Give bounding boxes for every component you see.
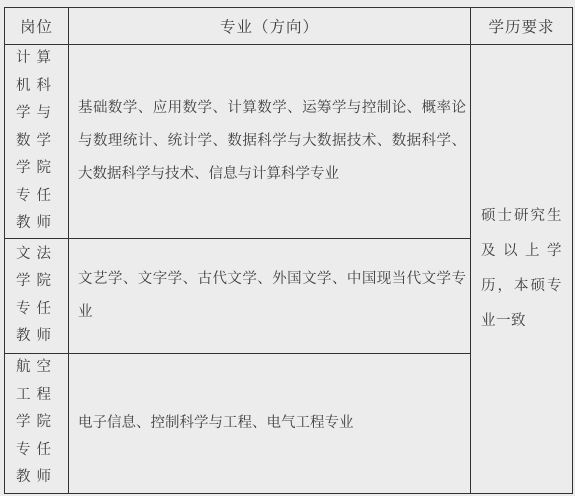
- table-header-row: 岗位 专业（方向） 学历要求: [5, 8, 573, 45]
- header-major: 专业（方向）: [69, 8, 471, 45]
- table-row: 计算机科学与数学学院专任教师 基础数学、应用数学、计算数学、运筹学与控制论、概率…: [5, 45, 573, 239]
- page: 岗位 专业（方向） 学历要求 计算机科学与数学学院专任教师 基础数学、应用数学、…: [0, 0, 575, 496]
- recruitment-table: 岗位 专业（方向） 学历要求 计算机科学与数学学院专任教师 基础数学、应用数学、…: [4, 7, 573, 494]
- majors-cell: 电子信息、控制科学与工程、电气工程专业: [69, 353, 471, 493]
- majors-cell: 文艺学、文字学、古代文学、外国文学、中国现当代文学专业: [69, 238, 471, 353]
- majors-cell: 基础数学、应用数学、计算数学、运筹学与控制论、概率论与数理统计、统计学、数据科学…: [69, 45, 471, 239]
- header-education: 学历要求: [471, 8, 573, 45]
- position-cell: 文法学院专任教师: [5, 238, 69, 353]
- education-requirement-cell: 硕士研究生及以上学历，本硕专业一致: [471, 45, 573, 494]
- position-cell: 计算机科学与数学学院专任教师: [5, 45, 69, 239]
- header-position: 岗位: [5, 8, 69, 45]
- position-cell: 航空工程学院专任教师: [5, 353, 69, 493]
